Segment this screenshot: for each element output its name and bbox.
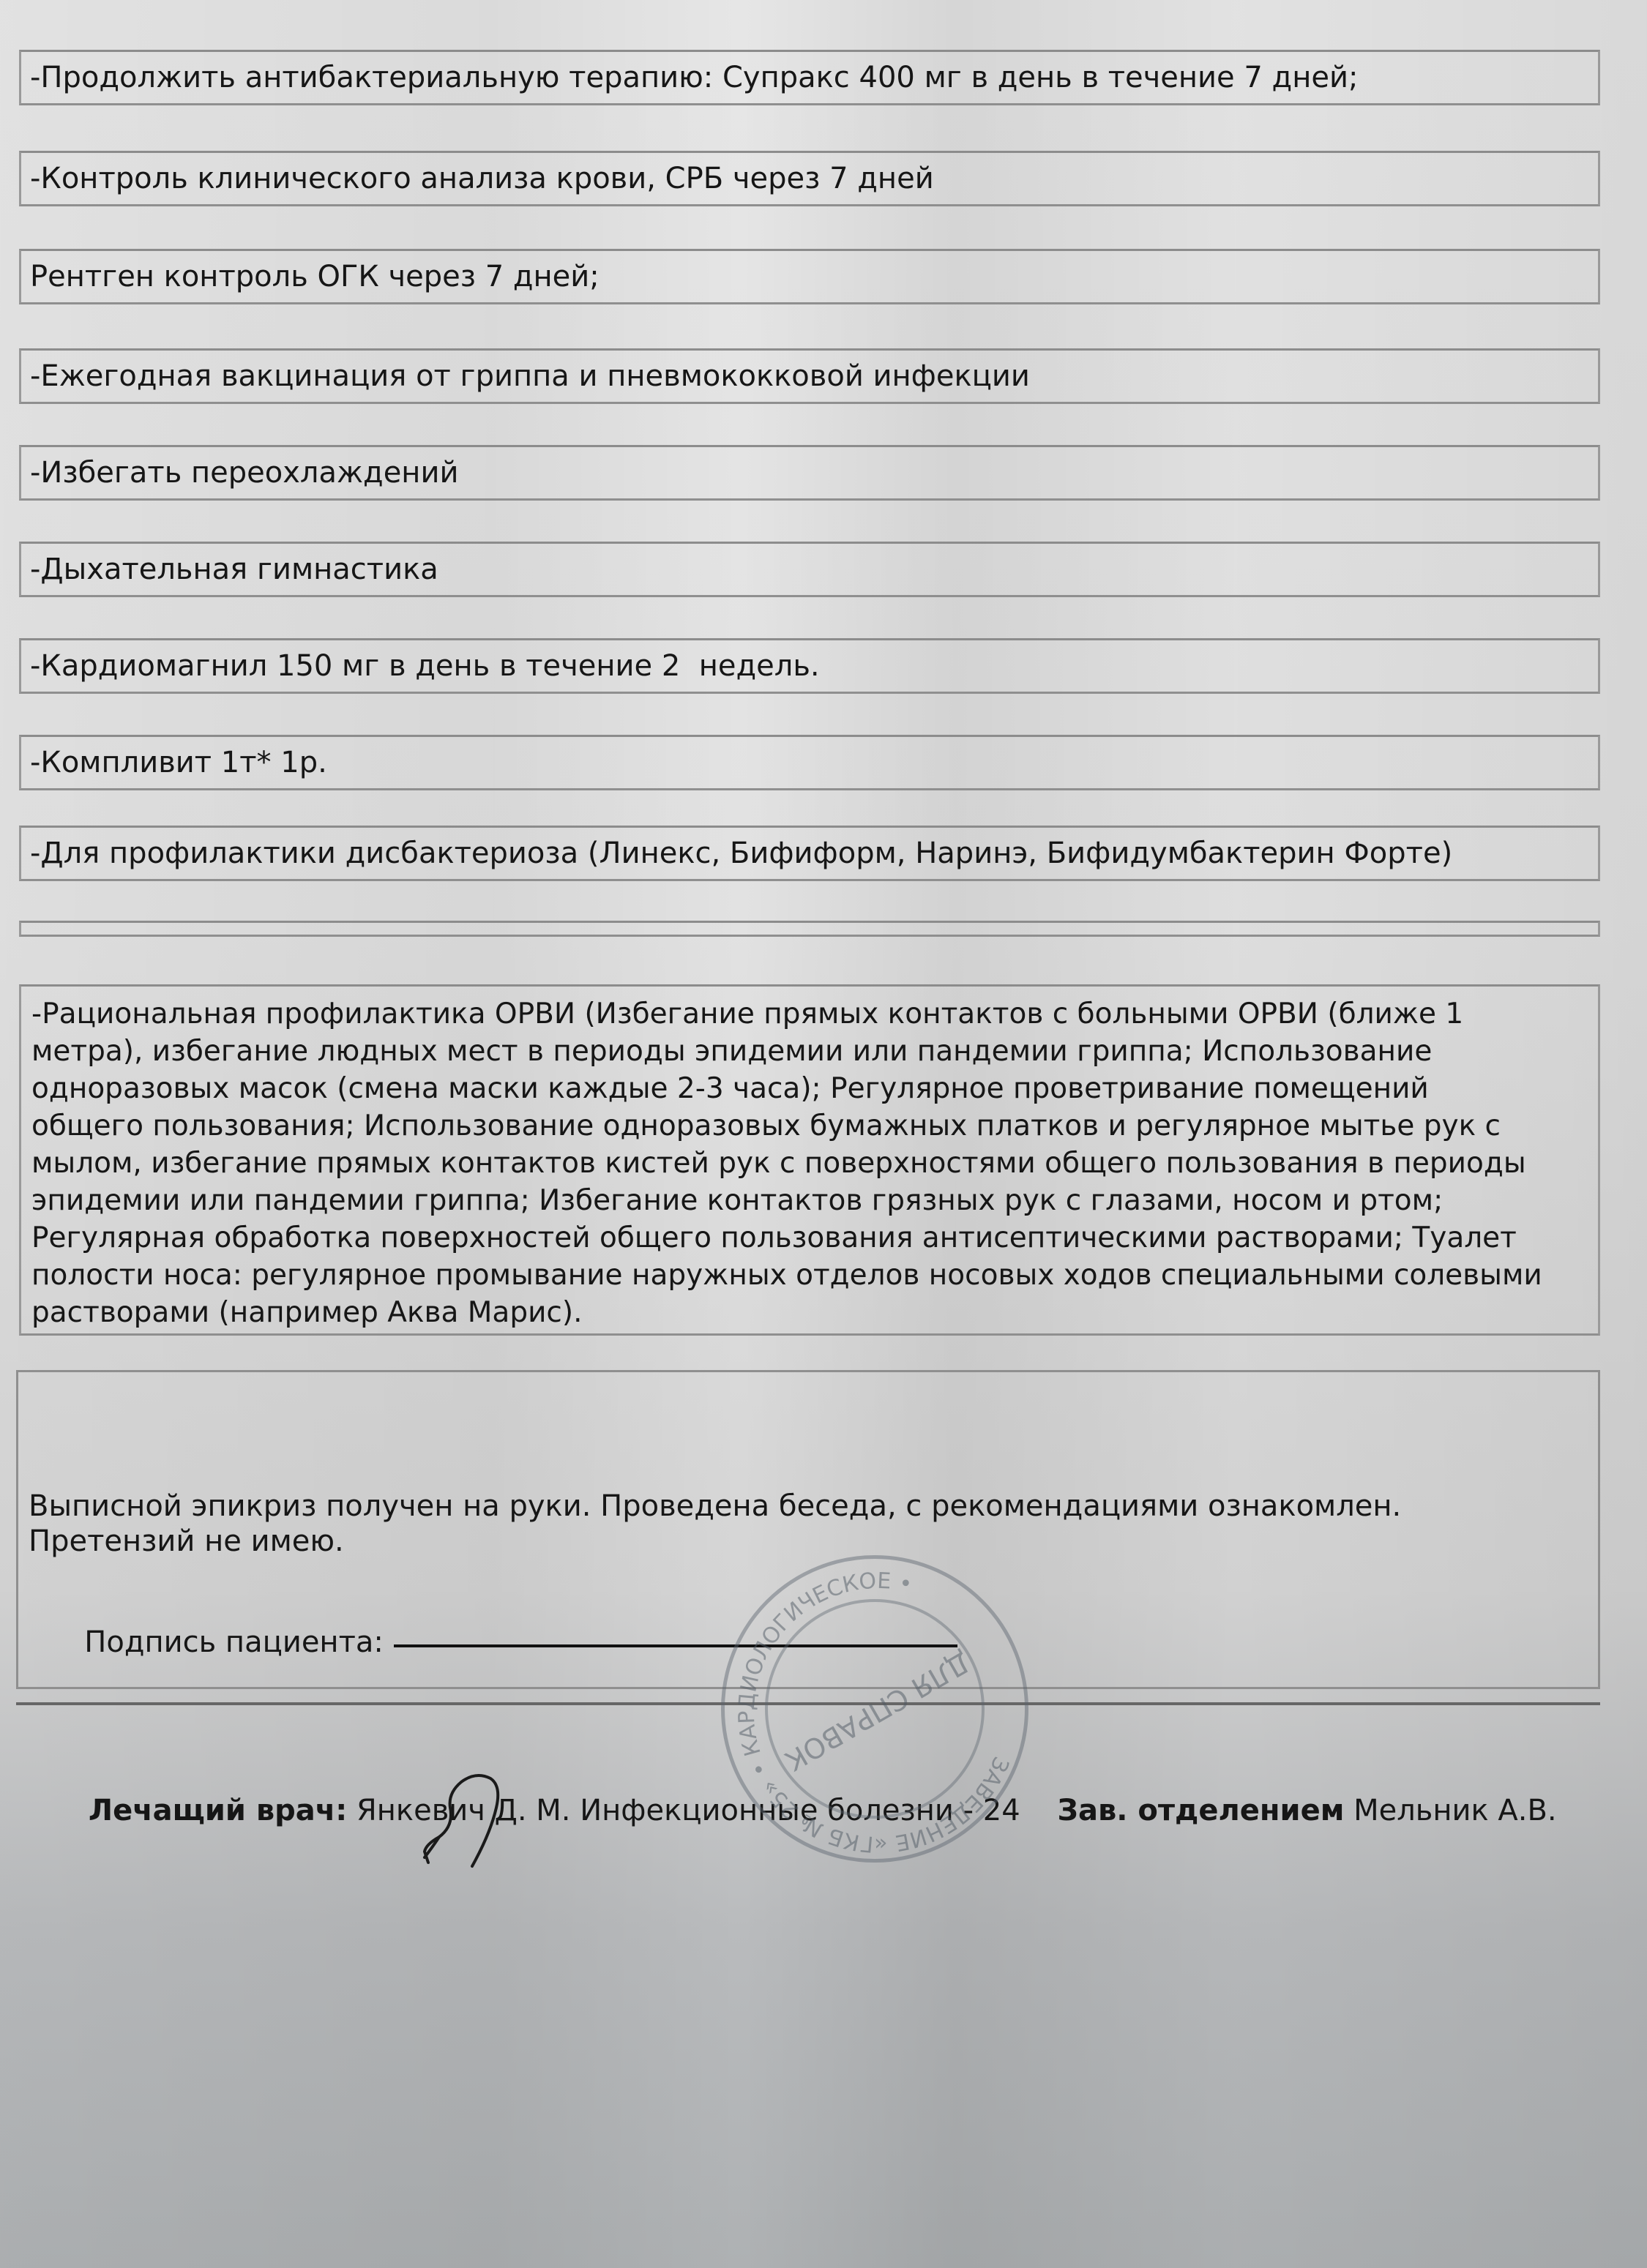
orvi-line: эпидемии или пандемии гриппа; Избегание … — [31, 1182, 1588, 1219]
orvi-line: общего пользования; Использование однора… — [31, 1107, 1588, 1145]
recommendation-text: -Кардиомагнил 150 мг в день в течение 2 … — [30, 648, 820, 684]
doctor-signature-icon — [410, 1764, 542, 1874]
acknowledgement-line: Претензий не имею. — [29, 1524, 344, 1558]
recommendation-row-empty — [19, 921, 1600, 937]
recommendation-row: -Кардиомагнил 150 мг в день в течение 2 … — [19, 638, 1600, 694]
discharge-document-page: -Продолжить антибактериальную терапию: С… — [0, 0, 1647, 2268]
recommendation-row: -Для профилактики дисбактериоза (Линекс,… — [19, 826, 1600, 881]
recommendation-row: -Компливит 1т* 1р. — [19, 735, 1600, 790]
orvi-line: мылом, избегание прямых контактов кистей… — [31, 1145, 1588, 1182]
recommendation-text: -Избегать переохлаждений — [30, 454, 458, 491]
patient-signature-field[interactable] — [394, 1644, 957, 1647]
acknowledgement-block: Выписной эпикриз получен на руки. Провед… — [16, 1370, 1600, 1689]
recommendation-row: -Избегать переохлаждений — [19, 445, 1600, 501]
recommendation-row: -Продолжить антибактериальную терапию: С… — [19, 50, 1600, 105]
recommendation-text: -Для профилактики дисбактериоза (Линекс,… — [30, 835, 1452, 872]
orvi-line: метра), избегание людных мест в периоды … — [31, 1033, 1588, 1070]
recommendation-text: Рентген контроль ОГК через 7 дней; — [30, 258, 600, 295]
orvi-line: полости носа: регулярное промывание нару… — [31, 1257, 1588, 1294]
recommendation-row: -Дыхательная гимнастика — [19, 542, 1600, 597]
signatures-footer: Лечащий врач: Янкевич Д. М. Инфекционные… — [51, 1760, 1557, 1861]
attending-doctor-label: Лечащий врач: — [89, 1794, 347, 1827]
orvi-prevention-block: -Рациональная профилактика ОРВИ (Избеган… — [19, 984, 1600, 1336]
department-head-label: Зав. отделением — [1058, 1794, 1345, 1827]
orvi-line: -Рациональная профилактика ОРВИ (Избеган… — [31, 995, 1588, 1033]
divider — [16, 1702, 1600, 1705]
orvi-line: растворами (например Аква Марис). — [31, 1294, 1588, 1331]
recommendation-row: Рентген контроль ОГК через 7 дней; — [19, 249, 1600, 304]
orvi-line: одноразовых масок (смена маски каждые 2-… — [31, 1070, 1588, 1107]
recommendation-text: -Ежегодная вакцинация от гриппа и пневмо… — [30, 358, 1030, 394]
recommendation-text: -Компливит 1т* 1р. — [30, 744, 327, 781]
patient-signature-label: Подпись пациента: — [84, 1625, 384, 1659]
department-head-value: Мельник А.В. — [1344, 1794, 1556, 1827]
patient-signature-row: Подпись пациента: — [29, 1592, 957, 1693]
recommendation-text: -Продолжить антибактериальную терапию: С… — [30, 59, 1358, 96]
acknowledgement-line: Выписной эпикриз получен на руки. Провед… — [29, 1489, 1401, 1523]
recommendation-row: -Контроль клинического анализа крови, СР… — [19, 151, 1600, 206]
recommendation-row: -Ежегодная вакцинация от гриппа и пневмо… — [19, 348, 1600, 404]
recommendation-text: -Дыхательная гимнастика — [30, 551, 438, 588]
orvi-line: Регулярная обработка поверхностей общего… — [31, 1219, 1588, 1257]
recommendation-text: -Контроль клинического анализа крови, СР… — [30, 160, 934, 197]
